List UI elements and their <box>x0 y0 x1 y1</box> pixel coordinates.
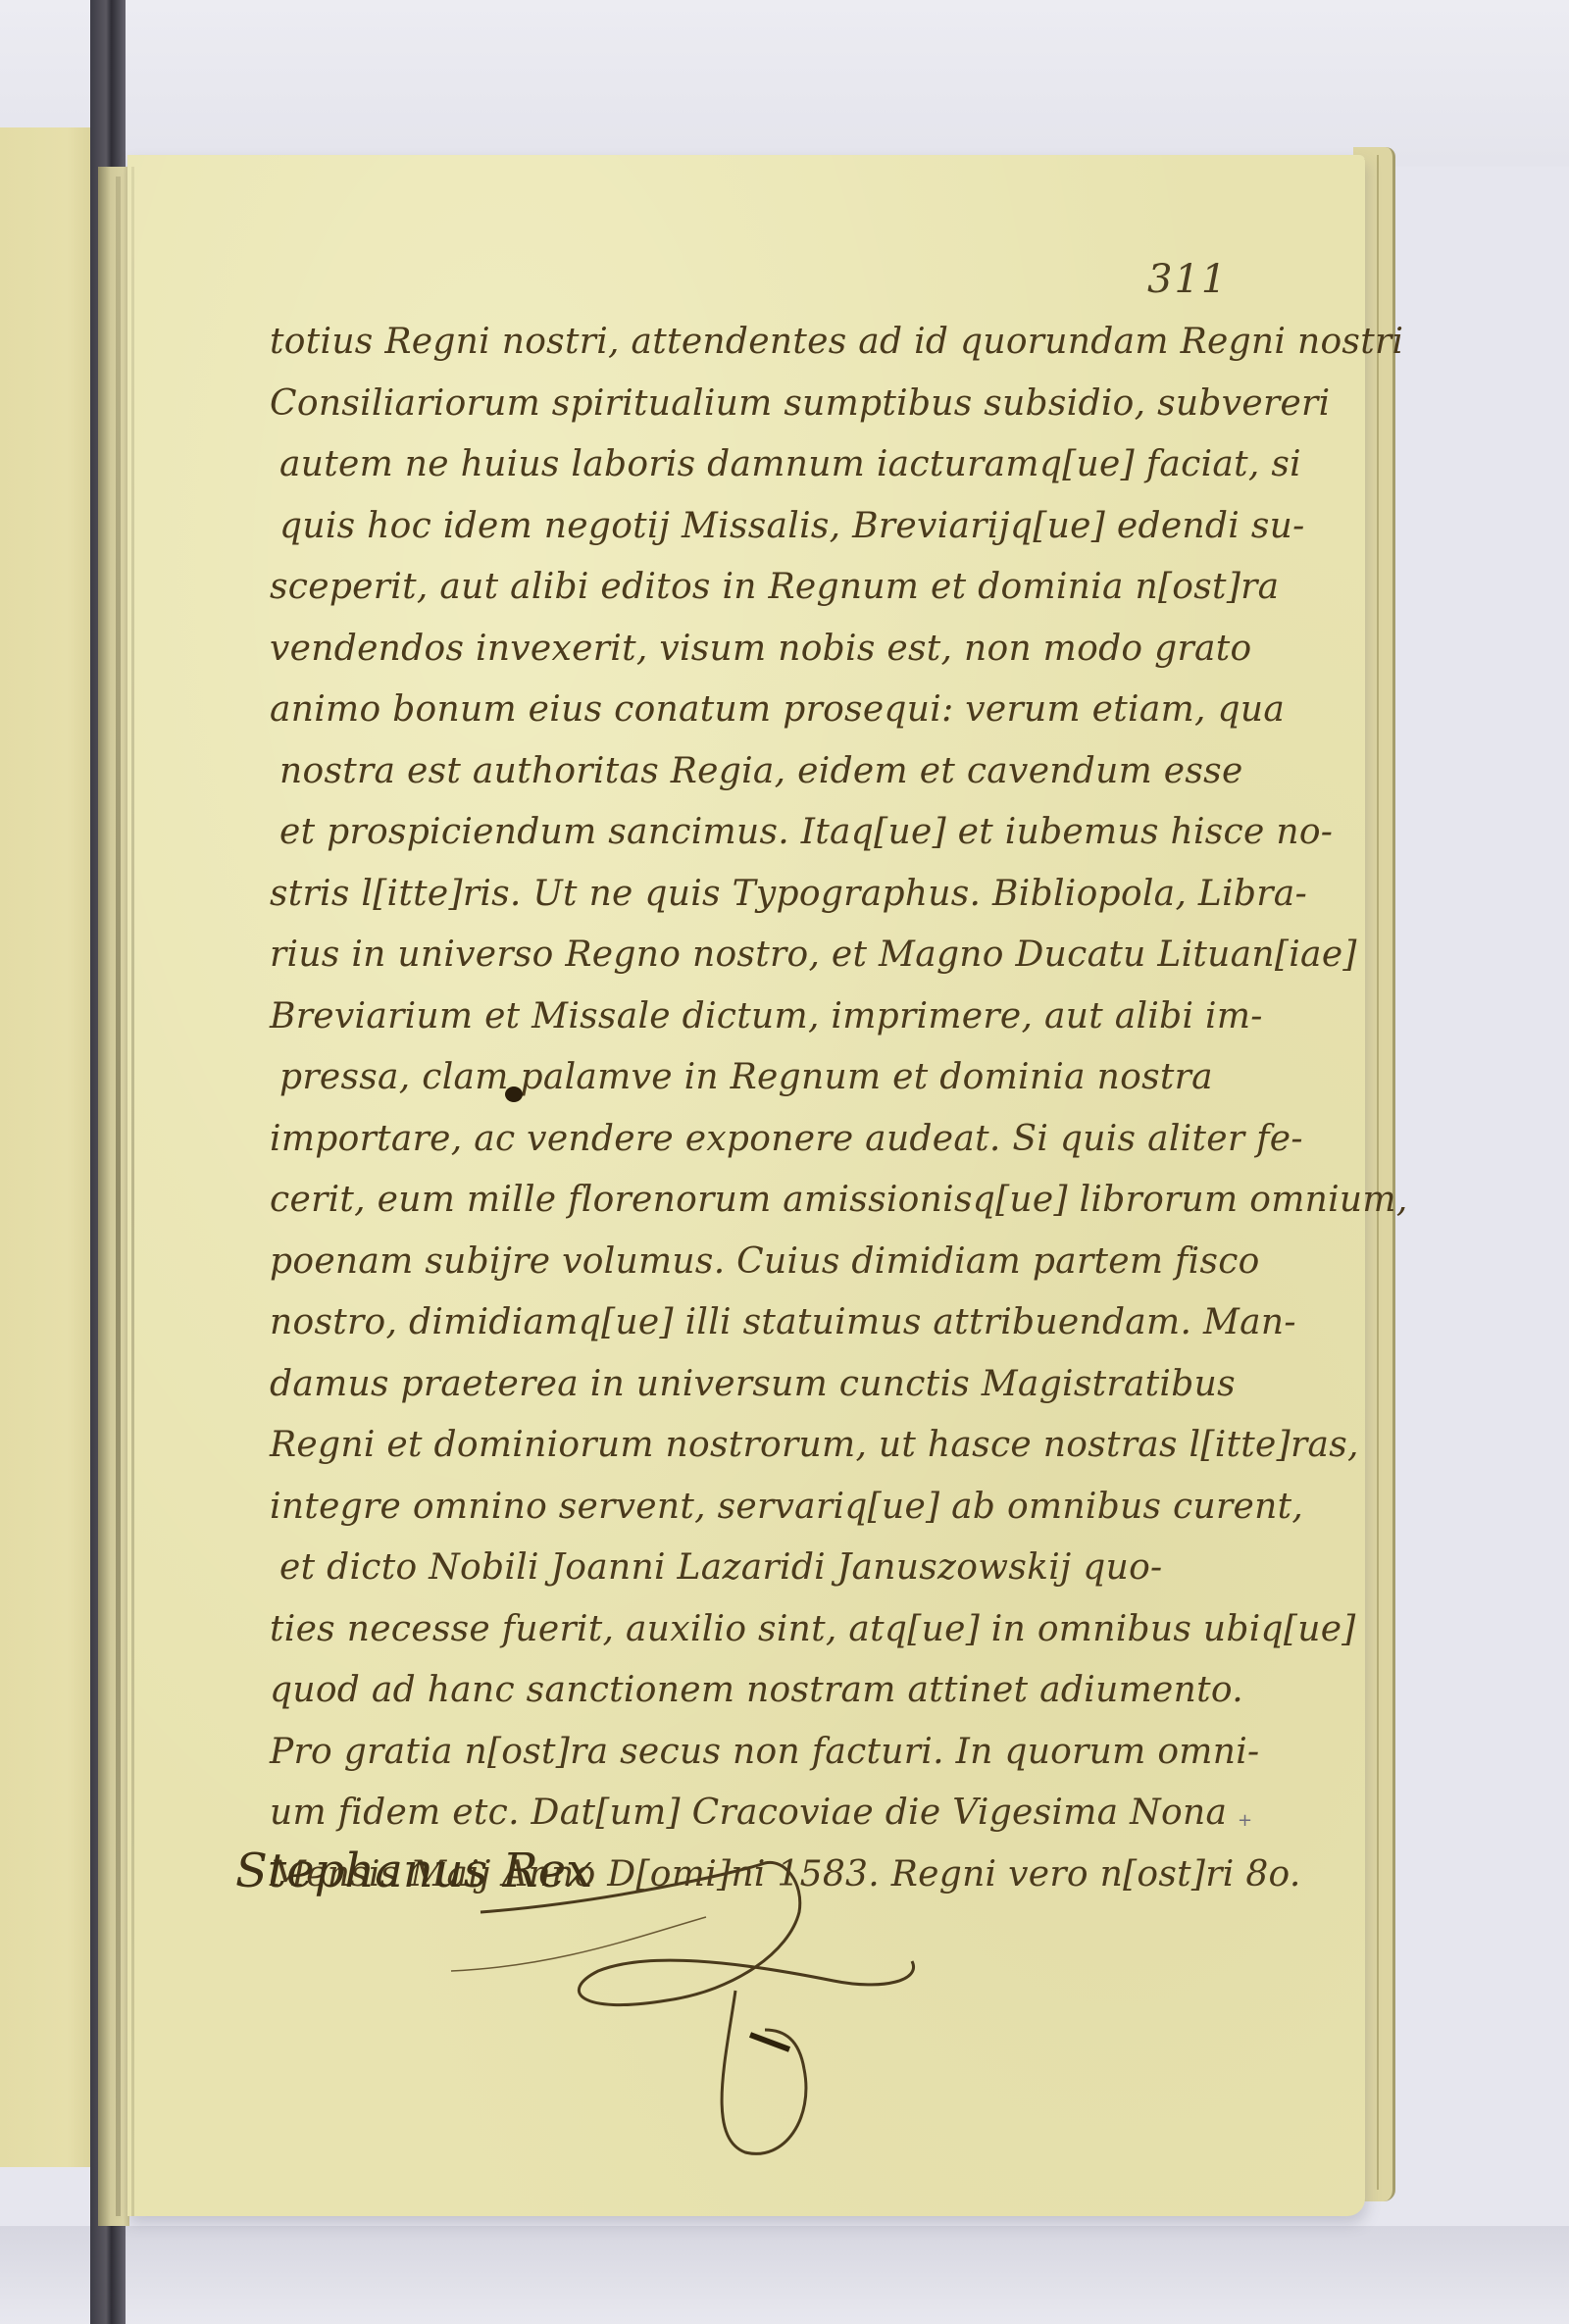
text-line-10: stris l[itte]ris. Ut ne quis Typographus… <box>270 864 1280 926</box>
text-line-9: et prospiciendum sancimus. Itaq[ue] et i… <box>270 802 1280 864</box>
text-line-5: sceperit, aut alibi editos in Regnum et … <box>270 557 1280 619</box>
text-line-23: quod ad hanc sanctionem nostram attinet … <box>270 1660 1280 1722</box>
text-line-8: nostra est authoritas Regia, eidem et ca… <box>270 741 1280 803</box>
text-line-22: ties necesse fuerit, auxilio sint, atq[u… <box>270 1599 1280 1661</box>
text-line-18: damus praeterea in universum cunctis Mag… <box>270 1354 1280 1416</box>
margin-cross-mark: + <box>1238 1810 1252 1831</box>
left-page-edge <box>0 127 96 2167</box>
text-line-3: autem ne huius laboris damnum iacturamq[… <box>270 434 1280 496</box>
text-line-15: cerit, eum mille florenorum amissionisq[… <box>270 1170 1280 1232</box>
text-line-13: pressa, clam palamve in Regnum et domini… <box>270 1047 1280 1109</box>
page-gutter <box>98 167 129 2226</box>
text-line-19: Regni et dominiorum nostrorum, ut hasce … <box>270 1415 1280 1477</box>
text-line-14: importare, ac vendere exponere audeat. S… <box>270 1109 1280 1171</box>
text-line-17: nostro, dimidiamq[ue] illi statuimus att… <box>270 1292 1280 1354</box>
text-line-11: rius in universo Regno nostro, et Magno … <box>270 925 1280 986</box>
text-line-20: integre omnino servent, servariq[ue] ab … <box>270 1477 1280 1539</box>
text-line-24: Pro gratia n[ost]ra secus non facturi. I… <box>270 1722 1280 1784</box>
text-line-21: et dicto Nobili Joanni Lazaridi Januszow… <box>270 1538 1280 1599</box>
text-line-2: Consiliariorum spiritualium sumptibus su… <box>270 374 1280 435</box>
text-line-4: quis hoc idem negotij Missalis, Breviari… <box>270 496 1280 558</box>
text-line-12: Breviarium et Missale dictum, imprimere,… <box>270 986 1280 1048</box>
scan-background-top <box>0 0 1569 167</box>
text-line-16: poenam subijre volumus. Cuius dimidiam p… <box>270 1232 1280 1293</box>
text-line-1: totius Regni nostri, attendentes ad id q… <box>270 312 1280 374</box>
folio-number: 311 <box>1147 257 1228 302</box>
manuscript-text-block: totius Regni nostri, attendentes ad id q… <box>270 312 1280 1905</box>
page-fold-line <box>131 167 134 2216</box>
signature-flourish-icon <box>412 1844 961 2177</box>
text-line-7: animo bonum eius conatum prosequi: verum… <box>270 680 1280 741</box>
scan-background-bottom <box>0 2226 1569 2324</box>
gutter-shadow <box>116 177 121 2216</box>
ink-blot <box>505 1086 523 1102</box>
text-line-6: vendendos invexerit, visum nobis est, no… <box>270 619 1280 681</box>
